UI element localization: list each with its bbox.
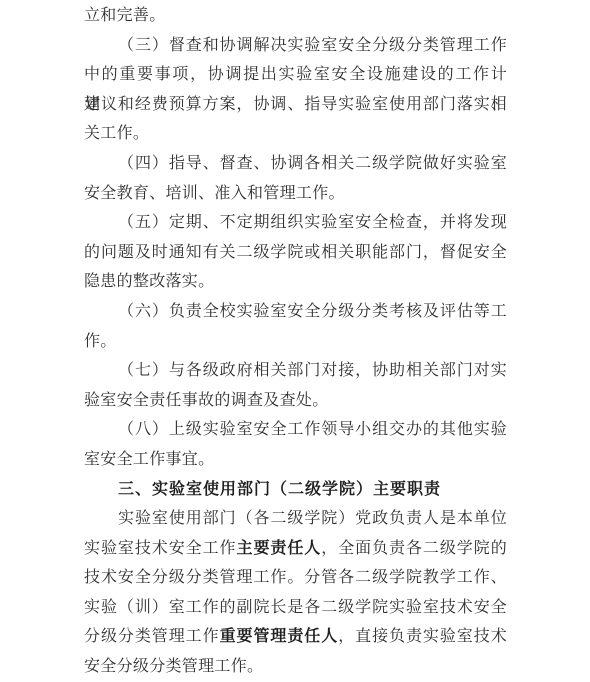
text-line: 验室安全责任事故的调查及查处。: [84, 386, 507, 416]
text-line: 隐患的整改落实。: [84, 267, 507, 297]
text-segment: （五）定期、不定期组织实验室安全检查，并将发现: [118, 214, 507, 231]
text-segment: 的问题及时通知有关二级学院或相关职能部门，督促安全: [84, 244, 507, 261]
text-segment: 安全教育、培训、准入和管理工作。: [84, 185, 345, 202]
text-segment: 隐患的整改落实。: [84, 273, 214, 290]
text-line: （四）指导、督查、协调各相关二级学院做好实验室: [84, 149, 507, 179]
text-segment: （六）负责全校实验室安全分级分类考核及评估等工: [118, 303, 507, 320]
text-segment: ，直接负责实验室技术: [338, 628, 507, 645]
document-lines: 立和完善。（三）督查和协调解决实验室安全分级分类管理工作中的重要事项，协调提出实…: [84, 1, 507, 682]
text-segment: 立和完善。: [84, 7, 166, 24]
text-line: 建议和经费预算方案，协调、指导实验室使用部门落实相: [84, 90, 507, 120]
document-page: 立和完善。（三）督查和协调解决实验室安全分级分类管理工作中的重要事项，协调提出实…: [0, 0, 590, 682]
text-line: 实验室使用部门（各二级学院）党政负责人是本单位: [84, 504, 507, 534]
text-segment: 安全分级分类管理工作。: [84, 658, 263, 675]
text-line: 分级分类管理工作重要管理责任人，直接负责实验室技术: [84, 622, 507, 652]
section-heading: 三、实验室使用部门（二级学院）主要职责: [84, 475, 507, 505]
text-segment: 实验室使用部门（各二级学院）党政负责人是本单位: [118, 510, 507, 527]
text-line: （三）督查和协调解决实验室安全分级分类管理工作: [84, 31, 507, 61]
text-segment: 分级分类管理工作: [84, 628, 220, 645]
text-line: 室安全工作事宜。: [84, 445, 507, 475]
text-segment: 实验（训）室工作的副院长是各二级学院实验室技术安全: [84, 599, 507, 616]
text-segment: ，全面负责各二级学院的: [321, 540, 507, 557]
text-segment: 技术安全分级分类管理工作。分管各二级学院教学工作、: [84, 569, 507, 586]
text-line: 中的重要事项，协调提出实验室安全设施建设的工作计划、: [84, 60, 507, 90]
text-segment: （三）督查和协调解决实验室安全分级分类管理工作: [118, 37, 507, 54]
text-line: （六）负责全校实验室安全分级分类考核及评估等工: [84, 297, 507, 327]
text-segment: （四）指导、督查、协调各相关二级学院做好实验室: [118, 155, 507, 172]
text-line: 安全分级分类管理工作。: [84, 652, 507, 682]
text-line: 立和完善。: [84, 1, 507, 31]
text-line: 实验（训）室工作的副院长是各二级学院实验室技术安全: [84, 593, 507, 623]
text-segment: 作。: [84, 333, 117, 350]
emphasized-text-segment: 主要责任人: [237, 540, 322, 557]
text-line: 的问题及时通知有关二级学院或相关职能部门，督促安全: [84, 238, 507, 268]
text-segment: 实验室技术安全工作: [84, 540, 237, 557]
text-segment: 关工作。: [84, 125, 149, 142]
text-segment: （八）上级实验室安全工作领导小组交办的其他实验: [118, 421, 507, 438]
text-line: 实验室技术安全工作主要责任人，全面负责各二级学院的: [84, 534, 507, 564]
text-line: （五）定期、不定期组织实验室安全检查，并将发现: [84, 208, 507, 238]
text-line: 作。: [84, 327, 507, 357]
text-line: 关工作。: [84, 119, 507, 149]
emphasized-text-segment: 三、实验室使用部门（二级学院）主要职责: [118, 481, 441, 498]
text-segment: （七）与各级政府相关部门对接，协助相关部门对实: [118, 362, 507, 379]
text-segment: 验室安全责任事故的调查及查处。: [84, 392, 329, 409]
emphasized-text-segment: 重要管理责任人: [220, 628, 339, 645]
text-segment: 建议和经费预算方案，协调、指导实验室使用部门落实相: [84, 96, 507, 113]
text-line: 技术安全分级分类管理工作。分管各二级学院教学工作、: [84, 563, 507, 593]
text-line: （八）上级实验室安全工作领导小组交办的其他实验: [84, 415, 507, 445]
text-line: （七）与各级政府相关部门对接，协助相关部门对实: [84, 356, 507, 386]
text-segment: 室安全工作事宜。: [84, 451, 214, 468]
text-line: 安全教育、培训、准入和管理工作。: [84, 179, 507, 209]
